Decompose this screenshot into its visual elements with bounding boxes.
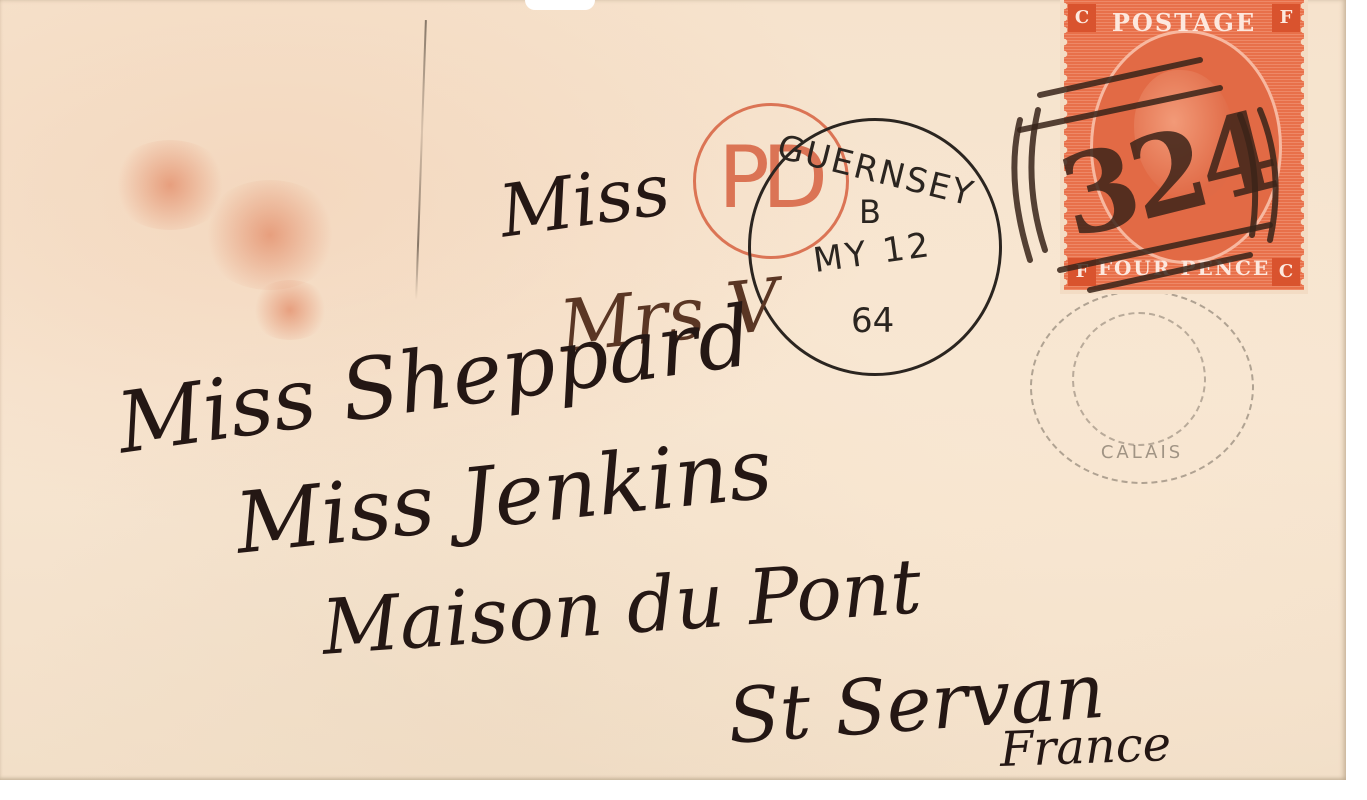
stamp-corner-letter: C bbox=[1068, 4, 1096, 32]
address-line: Miss bbox=[494, 147, 675, 254]
ink-stain bbox=[200, 180, 340, 290]
date-stamp-code: B bbox=[859, 193, 881, 231]
transit-stamp: CALAIS bbox=[1030, 290, 1254, 484]
stamp-corner-letter: F bbox=[1272, 4, 1300, 32]
date-stamp: GUERNSEY B MY 12 64 bbox=[748, 118, 1002, 376]
stamp-top-label: POSTAGE bbox=[1094, 8, 1274, 37]
envelope: PD GUERNSEY B MY 12 64 CALAIS POSTAGE FO… bbox=[0, 0, 1346, 780]
address-country: France bbox=[999, 716, 1172, 778]
address-street: Maison du Pont bbox=[319, 541, 924, 672]
torn-edge bbox=[525, 0, 595, 10]
date-stamp-year: 64 bbox=[851, 301, 894, 341]
date-stamp-date: MY 12 bbox=[811, 225, 935, 281]
fold-line bbox=[415, 20, 427, 300]
transit-stamp-text: CALAIS bbox=[1062, 442, 1222, 463]
ink-stain bbox=[250, 280, 330, 340]
transit-stamp-inner-ring bbox=[1072, 312, 1206, 446]
barred-numeral-cancel: 324 bbox=[1000, 40, 1300, 300]
stamp-perforation bbox=[1300, 0, 1308, 290]
